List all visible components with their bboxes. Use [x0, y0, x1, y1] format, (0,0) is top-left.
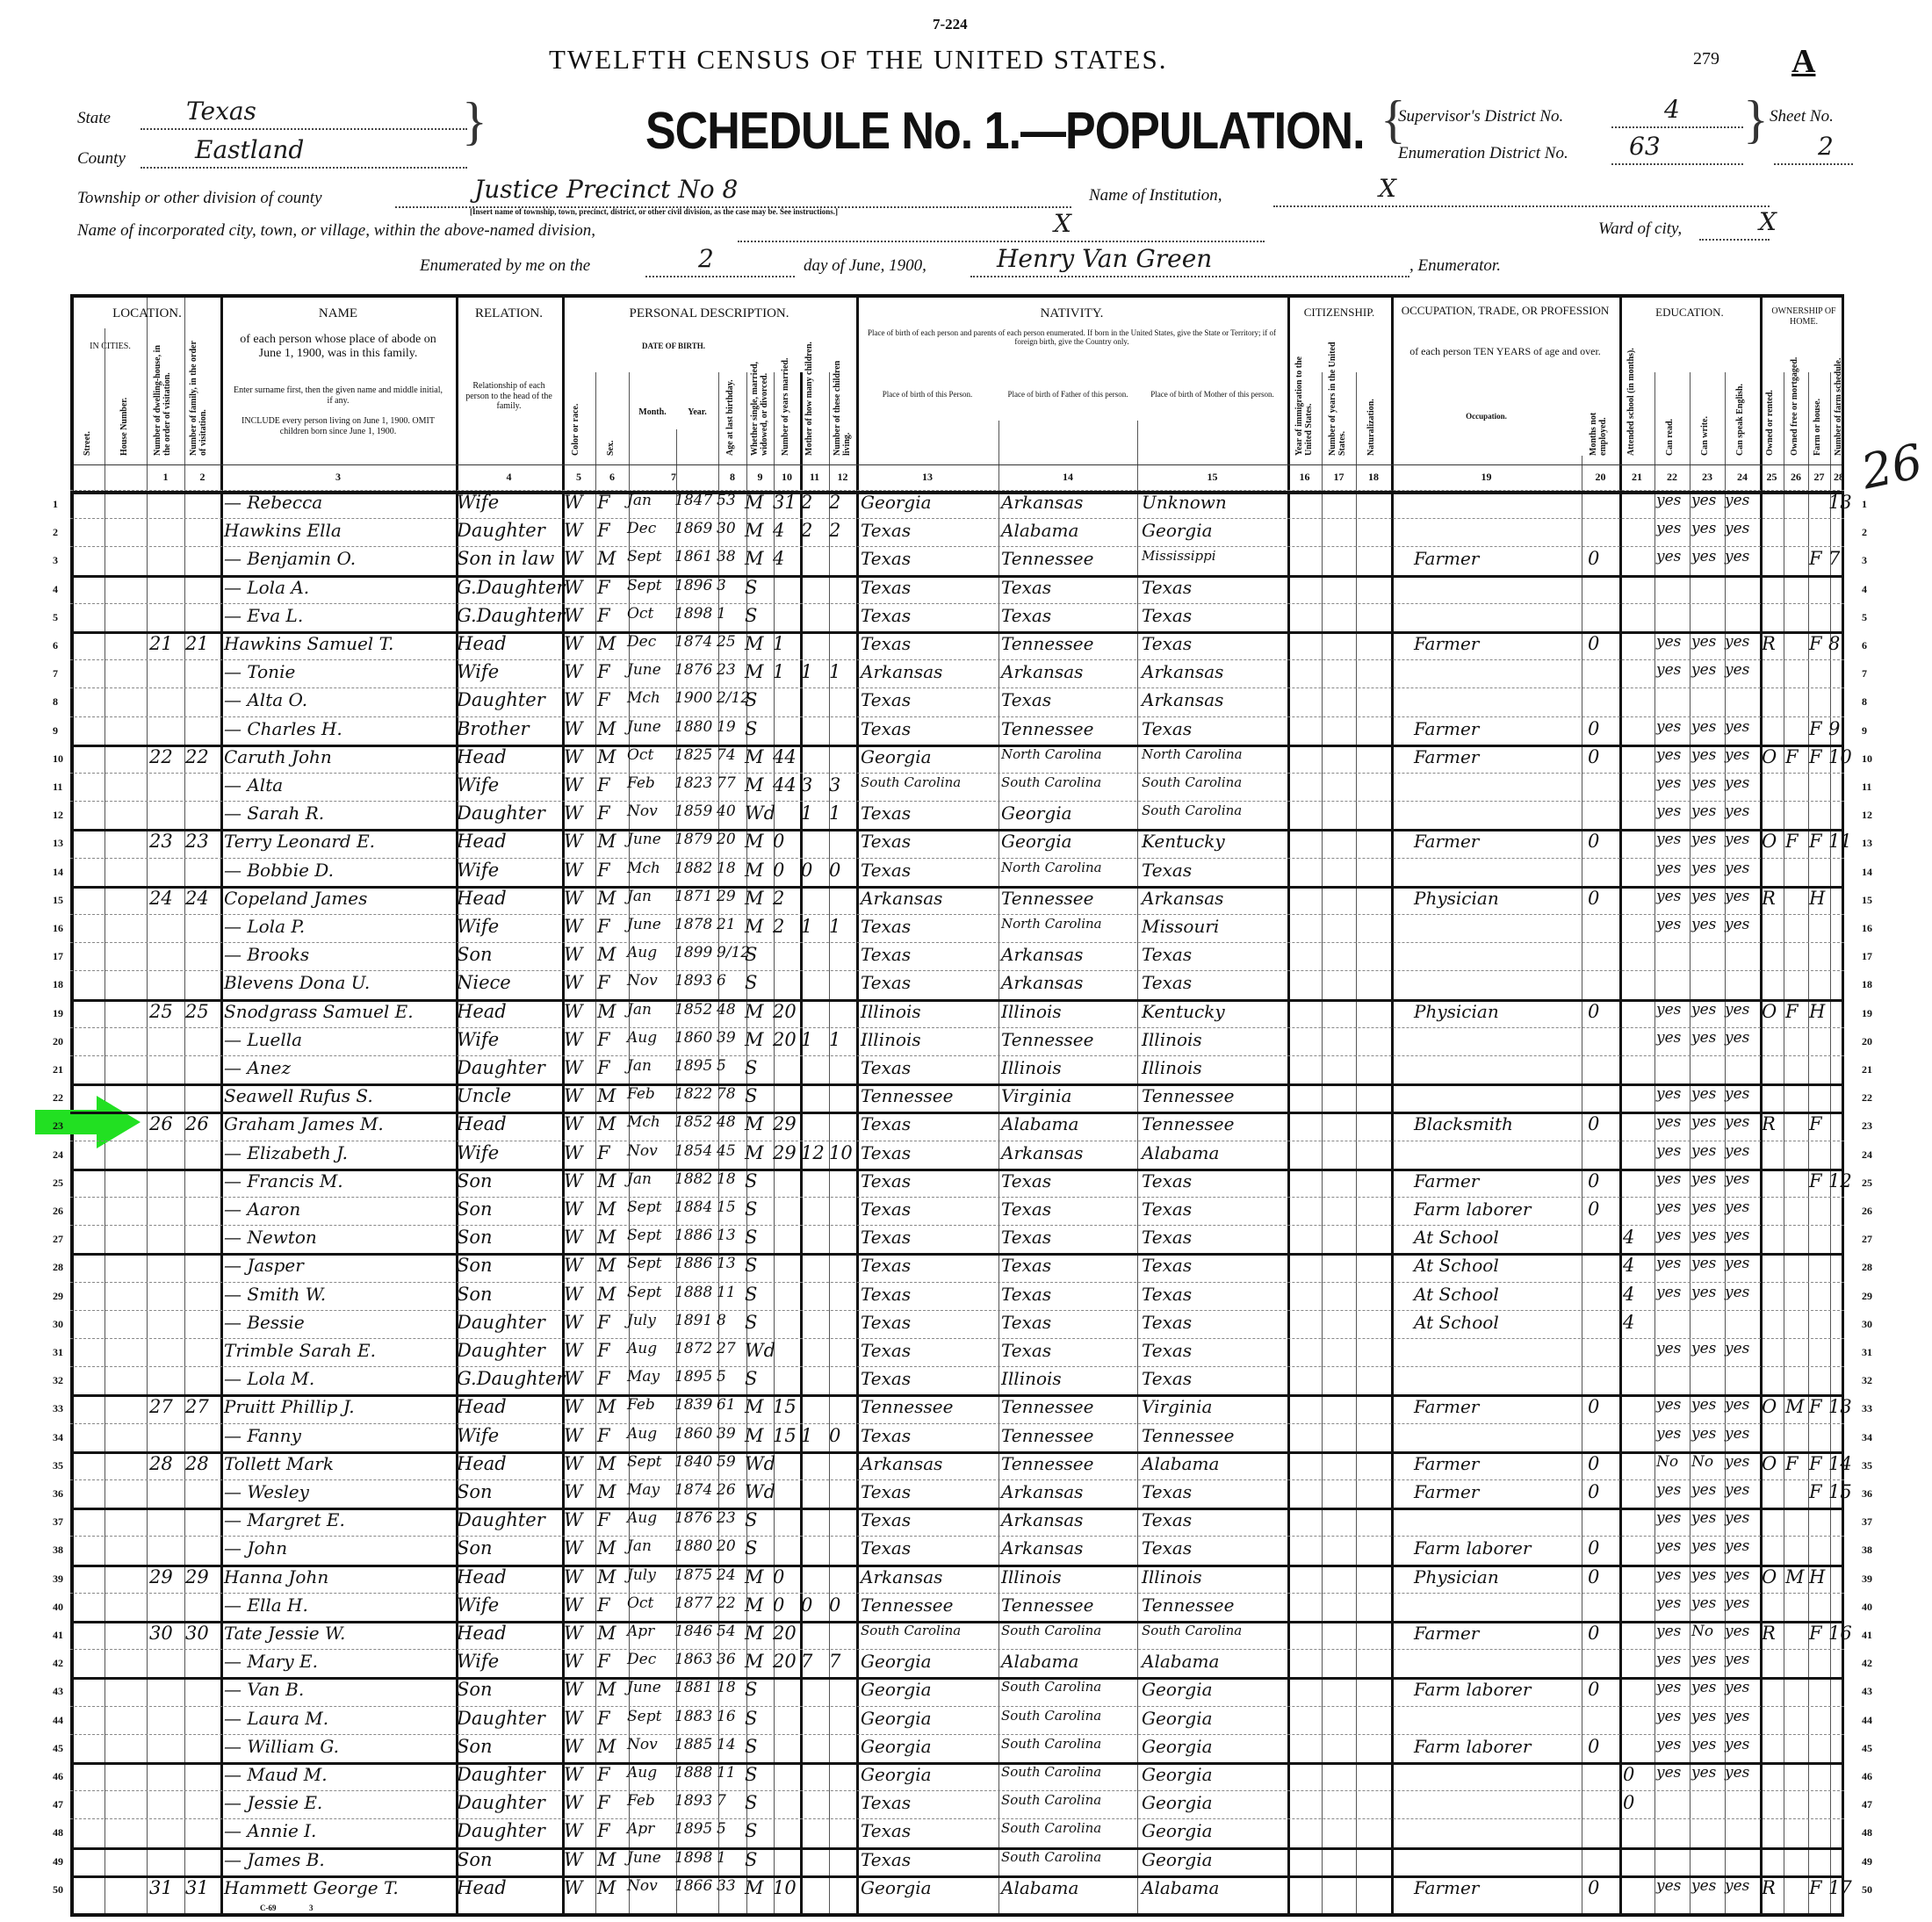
colnum-12: 12	[829, 471, 856, 484]
color-race: W	[564, 1368, 583, 1389]
line-number-right: 44	[1862, 1714, 1872, 1727]
line-number-right: 12	[1862, 809, 1872, 822]
color-race: W	[564, 944, 583, 965]
farm-house: F	[1809, 831, 1822, 852]
can-speak-english: yes	[1725, 746, 1749, 764]
sex: M	[597, 1453, 616, 1474]
family-number: 23	[185, 831, 209, 852]
birthplace-person: Arkansas	[861, 1453, 942, 1474]
birth-year: 1874	[674, 1481, 712, 1499]
birthplace-person: Texas	[861, 803, 911, 824]
birth-month: Aug	[627, 1764, 657, 1782]
line-number: 32	[53, 1374, 63, 1387]
birthplace-mother: Illinois	[1142, 1029, 1202, 1050]
can-read: yes	[1656, 774, 1681, 792]
person-name: — John	[224, 1537, 287, 1558]
owned-rented: O	[1762, 1566, 1777, 1587]
relation: Daughter	[457, 1509, 545, 1530]
line-number: 30	[53, 1318, 63, 1331]
occupation: At School	[1414, 1227, 1499, 1248]
marital-status: S	[745, 1537, 757, 1558]
birthplace-person: Texas	[861, 1425, 911, 1446]
birth-month: May	[627, 1481, 660, 1499]
birth-year: 1895	[674, 1057, 712, 1075]
birthplace-person: Georgia	[861, 1708, 932, 1729]
can-read: No	[1656, 1453, 1678, 1471]
can-write: yes	[1691, 1284, 1716, 1301]
birthplace-person: Tennessee	[861, 1085, 953, 1106]
census-title: TWELFTH CENSUS OF THE UNITED STATES.	[549, 44, 1167, 76]
birth-month: Oct	[627, 1594, 653, 1612]
mother-of-children: 1	[801, 661, 812, 682]
line-number: 11	[53, 781, 62, 794]
months-unemployed: 0	[1588, 1001, 1599, 1022]
line-number-right: 28	[1862, 1261, 1872, 1274]
vh-family: Number of family, in the order of visita…	[189, 333, 208, 456]
line-number: 49	[53, 1855, 63, 1868]
line-number-right: 32	[1862, 1374, 1872, 1387]
can-write: yes	[1691, 1877, 1716, 1895]
birthplace-father: Virginia	[1001, 1085, 1071, 1106]
birth-year: 1898	[674, 1849, 712, 1867]
birthplace-mother: Georgia	[1142, 1820, 1213, 1841]
can-speak-english: yes	[1725, 774, 1749, 792]
months-unemployed: 0	[1588, 831, 1599, 852]
person-name: — Lola P.	[224, 916, 305, 937]
birth-year: 1877	[674, 1594, 712, 1612]
marital-status: M	[745, 1396, 764, 1417]
vh-free-mortgaged: Owned free or mortgaged.	[1790, 342, 1799, 456]
marital-status: M	[745, 1029, 764, 1050]
color-race: W	[564, 1425, 583, 1446]
table-row: 2121— AnezDaughterWFJan18955STexasIllino…	[0, 1055, 1932, 1083]
can-write: yes	[1691, 1340, 1716, 1357]
occupation: Farmer	[1414, 1396, 1479, 1417]
line-number-right: 13	[1862, 837, 1872, 850]
occupation: Farmer	[1414, 1623, 1479, 1644]
relation: Daughter	[457, 1340, 545, 1361]
person-name: — Benjamin O.	[224, 548, 356, 569]
marital-status: M	[745, 1001, 764, 1022]
birthplace-person: Georgia	[861, 492, 932, 513]
dwelling-number: 25	[149, 1001, 173, 1022]
name-desc: of each person whose place of abode on J…	[232, 333, 444, 361]
birthplace-person: Texas	[861, 605, 911, 626]
birthplace-mother: Texas	[1142, 1537, 1192, 1558]
line-number-right: 7	[1862, 667, 1867, 680]
age: 40	[717, 803, 736, 820]
marital-status: M	[745, 520, 764, 541]
relation: Son	[457, 1255, 493, 1276]
occupation: Farmer	[1414, 1877, 1479, 1898]
relation: Son	[457, 1736, 493, 1757]
relation: G.Daughter	[457, 577, 565, 598]
line-number-right: 20	[1862, 1035, 1872, 1048]
color-race: W	[564, 1566, 583, 1587]
birthplace-person: Georgia	[861, 1764, 932, 1785]
birth-month: Jan	[627, 1537, 652, 1555]
age: 39	[717, 1029, 736, 1047]
person-name: — Newton	[224, 1227, 317, 1248]
birthplace-father: Arkansas	[1001, 1142, 1083, 1163]
children-living: 2	[829, 520, 840, 541]
vh-color: Color or race.	[571, 385, 580, 456]
line-number-right: 1	[1862, 498, 1867, 511]
sex: F	[597, 1425, 610, 1446]
marital-status: S	[745, 1199, 757, 1220]
line-number-right: 5	[1862, 611, 1867, 624]
person-name: — Laura M.	[224, 1708, 328, 1729]
can-speak-english: yes	[1725, 1001, 1749, 1019]
colnum-24: 24	[1725, 471, 1760, 484]
sheet-value: 2	[1818, 132, 1834, 161]
birth-month: Sept	[627, 1199, 661, 1216]
brace-right: }	[1743, 90, 1769, 150]
line-number-right: 3	[1862, 554, 1867, 567]
age: 24	[717, 1566, 736, 1584]
table-row: 662121Hawkins Samuel T.HeadWMDec187425M1…	[0, 631, 1932, 659]
relation: Head	[457, 746, 507, 767]
can-write: yes	[1691, 746, 1716, 764]
age: 5	[717, 1057, 726, 1075]
birth-year: 1846	[674, 1623, 712, 1640]
can-write: No	[1691, 1453, 1713, 1471]
relation: Son	[457, 1481, 493, 1502]
line-number: 28	[53, 1261, 63, 1274]
mother-of-children: 1	[801, 1029, 812, 1050]
color-race: W	[564, 888, 583, 909]
group-personal: PERSONAL DESCRIPTION.	[562, 306, 856, 321]
age: 18	[717, 1679, 736, 1696]
birthplace-father: Tennessee	[1001, 1029, 1093, 1050]
birthplace-father: Tennessee	[1001, 1425, 1093, 1446]
brace: }	[462, 91, 487, 152]
relation: Daughter	[457, 1764, 545, 1785]
can-read: yes	[1656, 1623, 1681, 1640]
can-speak-english: yes	[1725, 1509, 1749, 1527]
birthplace-father: North Carolina	[1001, 916, 1102, 932]
owned-free-mortgaged: M	[1785, 1396, 1805, 1417]
birthplace-father: Texas	[1001, 1340, 1051, 1361]
family-number: 26	[185, 1113, 209, 1134]
table-row: 19192525Snodgrass Samuel E.HeadWMJan1852…	[0, 999, 1932, 1027]
can-write: yes	[1691, 1708, 1716, 1725]
occupation: At School	[1414, 1284, 1499, 1305]
person-name: Hawkins Samuel T.	[224, 633, 393, 654]
sex: M	[597, 633, 616, 654]
marital-status: S	[745, 1736, 757, 1757]
color-race: W	[564, 1736, 583, 1757]
person-name: — Bobbie D.	[224, 860, 334, 881]
birth-month: Oct	[627, 605, 653, 623]
can-write: yes	[1691, 1199, 1716, 1216]
birthplace-person: Texas	[861, 689, 911, 710]
line-number-right: 46	[1862, 1770, 1872, 1783]
family-number: 24	[185, 888, 209, 909]
birthplace-father: South Carolina	[1001, 1679, 1101, 1695]
birth-year: 1883	[674, 1708, 712, 1725]
line-number-right: 2	[1862, 526, 1867, 539]
marital-status: S	[745, 1284, 757, 1305]
years-married: 0	[773, 1594, 784, 1616]
age: 77	[717, 774, 736, 792]
birthplace-person: Texas	[861, 1509, 911, 1530]
supervisor-label: Supervisor's District No.	[1398, 107, 1563, 126]
can-speak-english: yes	[1725, 1736, 1749, 1753]
birthplace-father: Texas	[1001, 1312, 1051, 1333]
birthplace-father: Illinois	[1001, 1566, 1062, 1587]
sex: M	[597, 718, 616, 739]
can-speak-english: yes	[1725, 718, 1749, 736]
table-row: 4646— Maud M.DaughterWFAug188811SGeorgia…	[0, 1762, 1932, 1790]
enumerated-day: 2	[698, 244, 714, 273]
person-name: — Eva L.	[224, 605, 303, 626]
months-unemployed: 0	[1588, 1623, 1599, 1644]
color-race: W	[564, 1820, 583, 1841]
months-unemployed: 0	[1588, 548, 1599, 569]
sex: M	[597, 944, 616, 965]
children-living: 2	[829, 492, 840, 513]
birth-month: Nov	[627, 1142, 658, 1160]
township-note: [Insert name of township, town, precinct…	[470, 207, 838, 216]
birthplace-mother: Texas	[1142, 718, 1192, 739]
can-write: yes	[1691, 1537, 1716, 1555]
farm-house: H	[1809, 888, 1825, 909]
months-unemployed: 0	[1588, 1537, 1599, 1558]
birth-year: 1881	[674, 1679, 712, 1696]
line-number: 48	[53, 1826, 63, 1839]
can-speak-english: yes	[1725, 1566, 1749, 1584]
sex: F	[597, 1340, 610, 1361]
state-label: State	[77, 109, 111, 128]
can-read: yes	[1656, 1509, 1681, 1527]
table-row: 4545— William G.SonWMNov188514SGeorgiaSo…	[0, 1734, 1932, 1762]
person-name: — Van B.	[224, 1679, 304, 1700]
birth-month: Sept	[627, 577, 661, 594]
marital-status: S	[745, 1085, 757, 1106]
birthplace-mother: Texas	[1142, 1255, 1192, 1276]
marital-status: S	[745, 1057, 757, 1078]
table-row: 4949— James B.SonWMJune18981STexasSouth …	[0, 1847, 1932, 1875]
line-number-right: 35	[1862, 1459, 1872, 1472]
can-write: yes	[1691, 774, 1716, 792]
owned-free-mortgaged: M	[1785, 1566, 1805, 1587]
relation: Son	[457, 1199, 493, 1220]
marital-status: S	[745, 689, 757, 710]
birth-year: 1859	[674, 803, 712, 820]
birthplace-mother: Georgia	[1142, 1849, 1213, 1870]
line-number-right: 6	[1862, 639, 1867, 652]
birth-year: 1872	[674, 1340, 712, 1357]
birthplace-person: Georgia	[861, 1651, 932, 1672]
birth-year: 1866	[674, 1877, 712, 1895]
township-label: Township or other division of county	[77, 189, 322, 208]
months-unemployed: 0	[1588, 1736, 1599, 1757]
relation: Daughter	[457, 1312, 545, 1333]
sex: F	[597, 1057, 610, 1078]
relation: Daughter	[457, 803, 545, 824]
can-write: yes	[1691, 1001, 1716, 1019]
birth-month: Jan	[627, 492, 652, 509]
relation: Head	[457, 1453, 507, 1474]
supervisor-value: 4	[1664, 95, 1680, 124]
relation: Head	[457, 1001, 507, 1022]
birth-year: 1891	[674, 1312, 712, 1329]
sex: M	[597, 831, 616, 852]
school-months: 4	[1623, 1312, 1634, 1333]
color-race: W	[564, 1849, 583, 1870]
marital-status: S	[745, 1708, 757, 1729]
birth-month: Feb	[627, 774, 655, 792]
can-read: yes	[1656, 1085, 1681, 1103]
relation: Head	[457, 1877, 507, 1898]
birthplace-father: South Carolina	[1001, 1849, 1101, 1865]
birth-year: 1898	[674, 605, 712, 623]
birthplace-mother: Kentucky	[1142, 1001, 1225, 1022]
color-race: W	[564, 746, 583, 767]
table-row: 3131Trimble Sarah E.DaughterWFAug187227W…	[0, 1338, 1932, 1366]
marital-status: S	[745, 972, 757, 993]
birthplace-father: Alabama	[1001, 520, 1078, 541]
birthplace-person: Arkansas	[861, 888, 942, 909]
birthplace-mother: Georgia	[1142, 1764, 1213, 1785]
can-speak-english: yes	[1725, 803, 1749, 820]
birthplace-father: Arkansas	[1001, 1537, 1083, 1558]
birthplace-person: Georgia	[861, 1679, 932, 1700]
can-read: yes	[1656, 803, 1681, 820]
vh-marital: Whether single, married, widowed, or div…	[750, 342, 769, 456]
farm-schedule-number: 8	[1828, 633, 1840, 654]
color-race: W	[564, 1396, 583, 1417]
birthplace-person: Georgia	[861, 1736, 932, 1757]
birth-year: 1886	[674, 1227, 712, 1244]
person-name: — Brooks	[224, 944, 309, 965]
relation: Daughter	[457, 1792, 545, 1813]
can-speak-english: yes	[1725, 1199, 1749, 1216]
can-read: yes	[1656, 1227, 1681, 1244]
line-number: 37	[53, 1515, 63, 1529]
relation: Son	[457, 1537, 493, 1558]
birthplace-mother: Arkansas	[1142, 661, 1223, 682]
farm-house: F	[1809, 1113, 1822, 1134]
birth-month: Mch	[627, 860, 660, 877]
birth-year: 1876	[674, 1509, 712, 1527]
line-number: 26	[53, 1205, 63, 1218]
birthplace-father: Georgia	[1001, 831, 1072, 852]
family-number: 28	[185, 1453, 209, 1474]
occupation: Physician	[1414, 888, 1499, 909]
relation: Head	[457, 1396, 507, 1417]
birthplace-mother: Texas	[1142, 1199, 1192, 1220]
birth-year: 1879	[674, 831, 712, 848]
family-number: 31	[185, 1877, 209, 1898]
farm-schedule-number: 13	[1828, 492, 1852, 513]
person-name: — Lola M.	[224, 1368, 314, 1389]
age: 6	[717, 972, 726, 990]
birthplace-father: Tennessee	[1001, 1396, 1093, 1417]
can-read: yes	[1656, 1481, 1681, 1499]
marital-status: M	[745, 633, 764, 654]
sheet-page-number: 279	[1693, 49, 1719, 69]
vh-house: House Number.	[119, 377, 129, 456]
family-number: 22	[185, 746, 209, 767]
birth-year: 1900	[674, 689, 712, 707]
birthplace-mother: South Carolina	[1142, 803, 1242, 818]
table-row: 3838— JohnSonWMJan188020STexasArkansasTe…	[0, 1536, 1932, 1564]
owned-rented: R	[1762, 1623, 1776, 1644]
birthplace-mother: Illinois	[1142, 1566, 1202, 1587]
city-value: X	[1054, 209, 1071, 238]
birthplace-mother: Texas	[1142, 1170, 1192, 1191]
birthplace-father: Texas	[1001, 1199, 1051, 1220]
table-row: 50503131Hammett George T.HeadWMNov186633…	[0, 1875, 1932, 1904]
line-number: 45	[53, 1742, 63, 1755]
color-race: W	[564, 1708, 583, 1729]
line-number-right: 14	[1862, 866, 1872, 879]
marital-status: M	[745, 1623, 764, 1644]
table-row: 2020— LuellaWifeWFAug186039M2011Illinois…	[0, 1027, 1932, 1055]
line-number: 43	[53, 1685, 63, 1698]
mother-of-children: 12	[801, 1142, 825, 1163]
relation: Head	[457, 1566, 507, 1587]
occupation: Farm laborer	[1414, 1736, 1531, 1757]
person-name: Tate Jessie W.	[224, 1623, 345, 1644]
table-row: 2929— Smith W.SonWMSept188811STexasTexas…	[0, 1282, 1932, 1310]
can-write: yes	[1691, 1764, 1716, 1782]
birthplace-mother: Georgia	[1142, 1679, 1213, 1700]
color-race: W	[564, 803, 583, 824]
can-speak-english: yes	[1725, 916, 1749, 933]
occupation: Farm laborer	[1414, 1537, 1531, 1558]
vh-street: Street.	[83, 412, 92, 456]
months-unemployed: 0	[1588, 1481, 1599, 1502]
family-number: 25	[185, 1001, 209, 1022]
birthplace-father: Tennessee	[1001, 888, 1093, 909]
vh-write: Can write.	[1700, 394, 1710, 456]
birth-year: 1847	[674, 492, 712, 509]
school-months: 0	[1623, 1792, 1634, 1813]
enumeration-label: Enumeration District No.	[1398, 144, 1568, 163]
vh-months-unemployed: Months not employed.	[1589, 385, 1608, 456]
age: 7	[717, 1792, 726, 1810]
vh-dwelling: Number of dwelling-house, in the order o…	[153, 333, 172, 456]
birth-year: 1884	[674, 1199, 712, 1216]
relation: Son	[457, 944, 493, 965]
birthplace-mother: Georgia	[1142, 1736, 1213, 1757]
marital-status: S	[745, 577, 757, 598]
can-speak-english: yes	[1725, 1113, 1749, 1131]
years-married: 20	[773, 1651, 797, 1672]
table-row: 11— RebeccaWifeWFJan184753M3122GeorgiaAr…	[0, 490, 1932, 518]
table-row: 4242— Mary E.WifeWFDec186336M2077Georgia…	[0, 1649, 1932, 1677]
children-living: 3	[829, 774, 840, 795]
mother-of-children: 3	[801, 774, 812, 795]
relation: Wife	[457, 916, 499, 937]
sex: M	[597, 1227, 616, 1248]
owned-rented: O	[1762, 1453, 1777, 1474]
relation: Wife	[457, 1651, 499, 1672]
birthplace-person: Texas	[861, 1820, 911, 1841]
birthplace-person: Texas	[861, 1284, 911, 1305]
age: 18	[717, 1170, 736, 1188]
color-race: W	[564, 1679, 583, 1700]
line-number-right: 49	[1862, 1855, 1872, 1868]
mother-of-children: 2	[801, 492, 812, 513]
age: 59	[717, 1453, 736, 1471]
birthplace-mother: South Carolina	[1142, 774, 1242, 790]
occupation: Farm laborer	[1414, 1199, 1531, 1220]
sex: F	[597, 860, 610, 881]
